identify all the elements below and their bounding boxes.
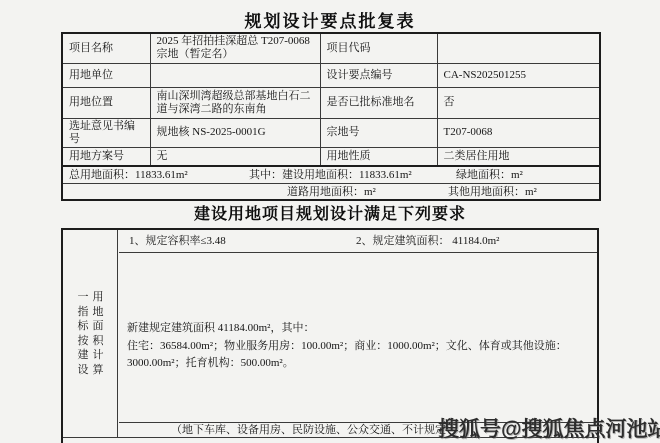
green-land-area: 绿地面积：m² (456, 168, 523, 183)
approval-info-table: 项目名称 2025 年招拍挂深超总 T207-0068 宗地（暂定名） 项目代码… (61, 32, 601, 201)
field-value-site-opinion-number: 规地核 NS-2025-0001G (150, 118, 320, 147)
field-label-land-use-type: 用地性质 (320, 147, 437, 166)
field-label-project-code: 项目代码 (320, 33, 437, 63)
field-label-site-opinion-number: 选址意见书编号 (62, 118, 150, 147)
field-value-project-code (437, 33, 600, 63)
document-title: 规划设计要点批复表 (0, 7, 660, 32)
road-land-area: 道路用地面积：m² (287, 185, 376, 200)
scanned-approval-document: 规划设计要点批复表 项目名称 2025 年招拍挂深超总 T207-0068 宗地… (0, 0, 660, 443)
field-value-project-name: 2025 年招拍挂深超总 T207-0068 宗地（暂定名） (150, 33, 320, 63)
area-summary-row-1: 总用地面积：11833.61m² 其中：建设用地面积：11833.61m² 绿地… (62, 166, 600, 183)
area-summary-cell-2: 道路用地面积：m² 其他用地面积：m² (62, 183, 600, 200)
table-row: 用地方案号 无 用地性质 二类居住用地 (62, 147, 600, 166)
plot-ratio-requirement: 1、规定容积率≤3.48 (129, 235, 226, 247)
field-label-project-name: 项目名称 (62, 33, 150, 63)
requirements-section-title: 建设用地项目规划设计满足下列要求 (0, 201, 660, 224)
field-label-parcel-number: 宗地号 (320, 118, 437, 147)
total-land-area: 总用地面积：11833.61m² (69, 168, 188, 183)
field-label-land-location: 用地位置 (62, 87, 150, 118)
sidebar-vertical-label: 一用 指地 标面 按积 建计 设算 (63, 230, 118, 437)
field-value-parcel-number: T207-0068 (437, 118, 600, 147)
field-label-standard-name-approved: 是否已批标准地名 (320, 87, 437, 118)
table-row: 用地单位 设计要点编号 CA-NS202501255 (62, 63, 600, 87)
table-row: 选址意见书编号 规地核 NS-2025-0001G 宗地号 T207-0068 (62, 118, 600, 147)
requirements-header-row: 1、规定容积率≤3.48 2、规定建筑面积： 41184.0m² (119, 230, 597, 253)
area-summary-row-2: 道路用地面积：m² 其他用地面积：m² (62, 183, 600, 200)
field-label-land-unit: 用地单位 (62, 63, 150, 87)
field-value-land-location: 南山深圳湾超级总部基地白石二道与深湾二路的东南角 (150, 87, 320, 118)
field-value-standard-name-approved: 否 (437, 87, 600, 118)
field-value-land-unit (150, 63, 320, 87)
table-row: 项目名称 2025 年招拍挂深超总 T207-0068 宗地（暂定名） 项目代码 (62, 33, 600, 63)
building-area-requirement: 2、规定建筑面积： 41184.0m² (356, 230, 499, 252)
watermark: 搜狐号@搜狐焦点河池站 (438, 413, 660, 443)
requirements-table: 一用 指地 标面 按积 建计 设算 1、规定容积率≤3.48 2、规定建筑面积：… (61, 228, 599, 443)
other-land-area: 其他用地面积：m² (448, 185, 537, 200)
table-row: 用地位置 南山深圳湾超级总部基地白石二道与深湾二路的东南角 是否已批标准地名 否 (62, 87, 600, 118)
field-label-land-plan-number: 用地方案号 (62, 147, 150, 166)
field-value-land-plan-number: 无 (150, 147, 320, 166)
field-value-design-point-number: CA-NS202501255 (437, 63, 600, 87)
area-summary-cell-1: 总用地面积：11833.61m² 其中：建设用地面积：11833.61m² 绿地… (62, 166, 600, 183)
field-value-land-use-type: 二类居住用地 (437, 147, 600, 166)
construction-land-area: 其中：建设用地面积：11833.61m² (249, 168, 412, 183)
field-label-design-point-number: 设计要点编号 (320, 63, 437, 87)
building-area-breakdown-paragraph: 新建规定建筑面积 41184.00m²，其中： 住宅：36584.00m²；物业… (119, 254, 597, 422)
